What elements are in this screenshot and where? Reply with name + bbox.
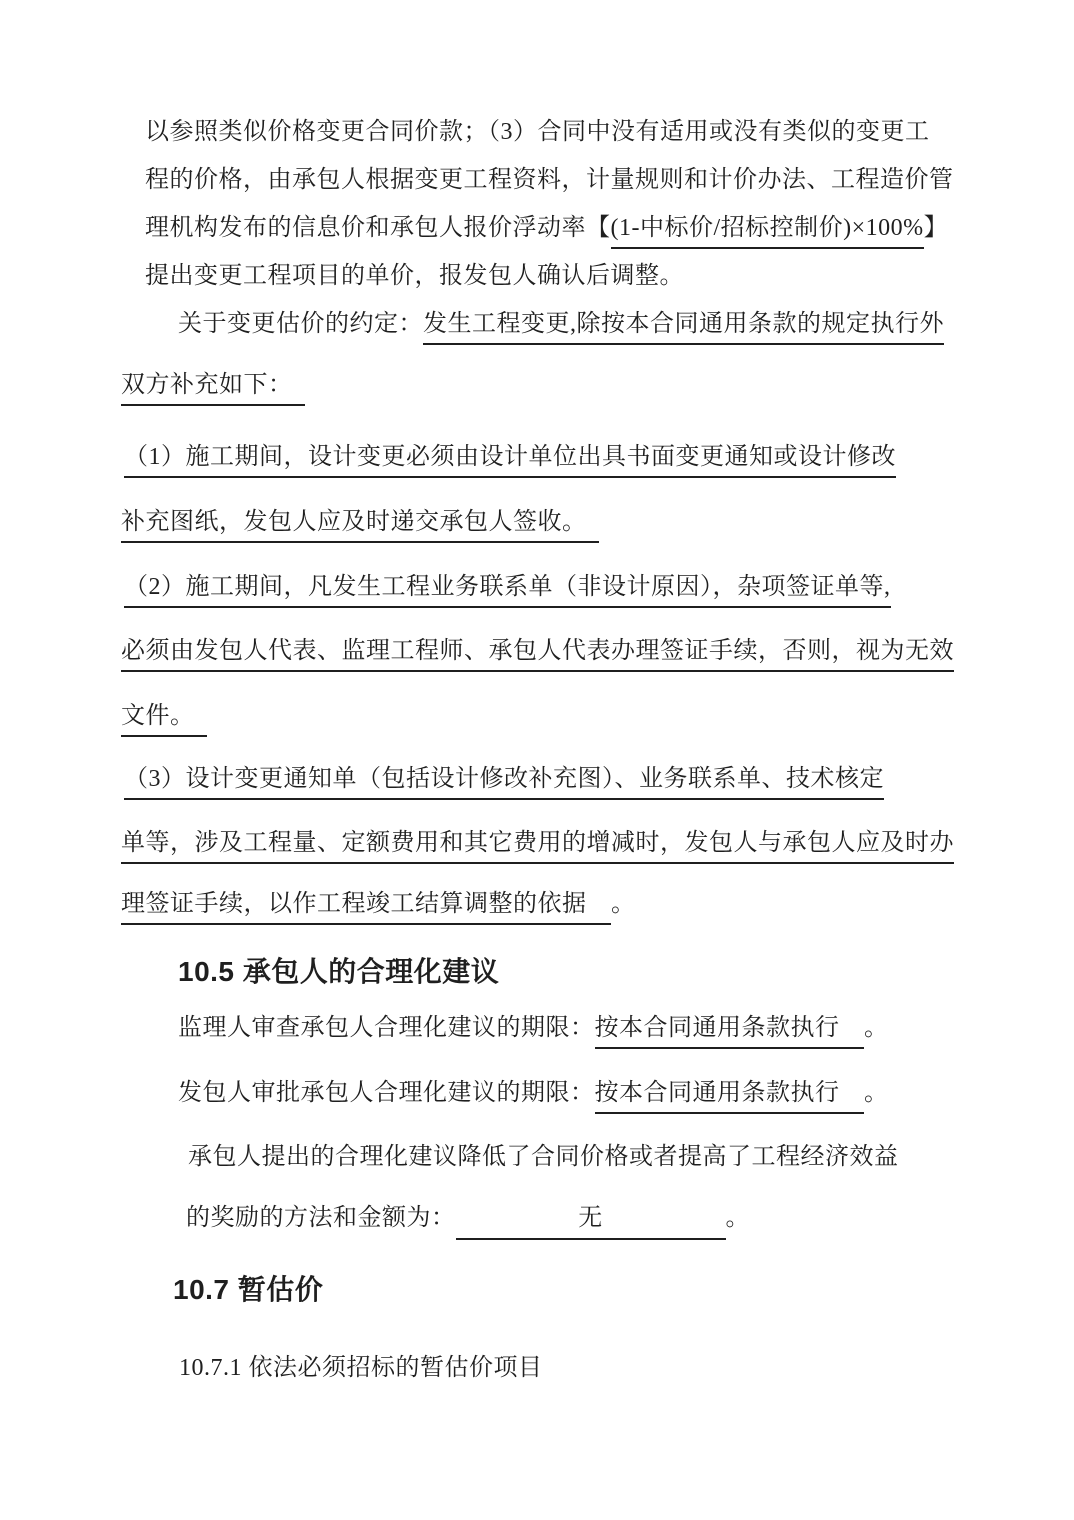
supplement-item-2-line-1: （2）施工期间，凡发生工程业务联系单（非设计原因），杂项签证单等, (124, 569, 891, 605)
underlined-text: (1-中标价/招标控制价)×100% (611, 215, 924, 249)
clause-supervisor-review-period: 监理人审查承包人合理化建议的期限：按本合同通用条款执行 。 (178, 1010, 889, 1046)
underlined-text: 按本合同通用条款执行 (595, 1080, 865, 1114)
underlined-text: （1）施工期间，设计变更必须由设计单位出具书面变更通知或设计修改 (124, 444, 896, 478)
clause-reward-line-2: 的奖励的方法和金额为：无。 (186, 1200, 750, 1240)
text-segment: 承包人提出的合理化建议降低了合同价格或者提高了工程经济效益 (188, 1144, 899, 1170)
clause-variation-estimate-line-2: 双方补充如下： (121, 367, 305, 403)
text-segment: 的奖励的方法和金额为： (186, 1205, 456, 1231)
text-segment: 。 (611, 891, 636, 917)
supplement-item-1-line-2: 补充图纸，发包人应及时递交承包人签收。 (121, 504, 599, 540)
clause-variation-pricing-line-4: 提出变更工程项目的单价，报发包人确认后调整。 (145, 258, 684, 294)
supplement-item-3-line-2: 单等，涉及工程量、定额费用和其它费用的增减时，发包人与承包人应及时办 (121, 825, 954, 861)
clause-reward-line-1: 承包人提出的合理化建议降低了合同价格或者提高了工程经济效益 (188, 1139, 899, 1175)
clause-variation-pricing-line-2: 程的价格，由承包人根据变更工程资料，计量规则和计价办法、工程造价管 (145, 162, 954, 198)
supplement-item-3-line-1: （3）设计变更通知单（包括设计修改补充图）、业务联系单、技术核定 (124, 761, 884, 797)
underlined-text: （3）设计变更通知单（包括设计修改补充图）、业务联系单、技术核定 (124, 766, 884, 800)
text-segment: 程的价格，由承包人根据变更工程资料，计量规则和计价办法、工程造价管 (145, 167, 954, 193)
underlined-text: 补充图纸，发包人应及时递交承包人签收。 (121, 509, 599, 543)
clause-employer-approval-period: 发包人审批承包人合理化建议的期限：按本合同通用条款执行 。 (178, 1075, 889, 1111)
underlined-text: 双方补充如下： (121, 372, 305, 406)
underlined-text: 按本合同通用条款执行 (595, 1015, 865, 1049)
text-segment: 。 (726, 1205, 751, 1231)
section-heading-10-5: 10.5 承包人的合理化建议 (178, 954, 499, 990)
text-segment: 10.5 承包人的合理化建议 (178, 956, 499, 987)
document-page: 以参照类似价格变更合同价款；（3）合同中没有适用或没有类似的变更工程的价格，由承… (0, 0, 1074, 1520)
supplement-item-2-line-3: 文件。 (121, 698, 207, 734)
text-segment: 监理人审查承包人合理化建议的期限： (178, 1015, 595, 1041)
underlined-text: 必须由发包人代表、监理工程师、承包人代表办理签证手续，否则，视为无效 (121, 638, 954, 672)
clause-variation-pricing-line-3: 理机构发布的信息价和承包人报价浮动率【(1-中标价/招标控制价)×100%】 (145, 210, 948, 246)
text-segment: 发包人审批承包人合理化建议的期限： (178, 1080, 595, 1106)
text-segment: 提出变更工程项目的单价，报发包人确认后调整。 (145, 263, 684, 289)
underlined-text: 单等，涉及工程量、定额费用和其它费用的增减时，发包人与承包人应及时办 (121, 830, 954, 864)
text-segment: 】 (924, 215, 949, 241)
text-segment: 以参照类似价格变更合同价款；（3）合同中没有适用或没有类似的变更工 (145, 119, 930, 145)
text-segment: 关于变更估价的约定： (178, 311, 423, 337)
underlined-text: 发生工程变更,除按本合同通用条款的规定执行外 (423, 311, 944, 345)
underlined-text: 文件。 (121, 703, 207, 737)
clause-10-7-1-title: 10.7.1 依法必须招标的暂估价项目 (179, 1350, 543, 1386)
text-segment: 。 (864, 1080, 889, 1106)
clause-variation-pricing-line-1: 以参照类似价格变更合同价款；（3）合同中没有适用或没有类似的变更工 (145, 114, 930, 150)
section-heading-10-7: 10.7 暂估价 (173, 1272, 323, 1308)
underlined-text: 理签证手续，以作工程竣工结算调整的依据 (121, 891, 611, 925)
text-segment: 。 (864, 1015, 889, 1041)
supplement-item-2-line-2: 必须由发包人代表、监理工程师、承包人代表办理签证手续，否则，视为无效 (121, 633, 954, 669)
supplement-item-1-line-1: （1）施工期间，设计变更必须由设计单位出具书面变更通知或设计修改 (124, 439, 896, 475)
underlined-text: （2）施工期间，凡发生工程业务联系单（非设计原因），杂项签证单等, (124, 574, 891, 608)
clause-variation-estimate-line-1: 关于变更估价的约定：发生工程变更,除按本合同通用条款的规定执行外 (178, 306, 944, 342)
text-segment: 10.7 暂估价 (173, 1274, 323, 1305)
fill-in-blank: 无 (456, 1200, 726, 1240)
text-segment: 理机构发布的信息价和承包人报价浮动率【 (145, 215, 611, 241)
supplement-item-3-line-3: 理签证手续，以作工程竣工结算调整的依据 。 (121, 886, 636, 922)
text-segment: 10.7.1 依法必须招标的暂估价项目 (179, 1355, 543, 1381)
